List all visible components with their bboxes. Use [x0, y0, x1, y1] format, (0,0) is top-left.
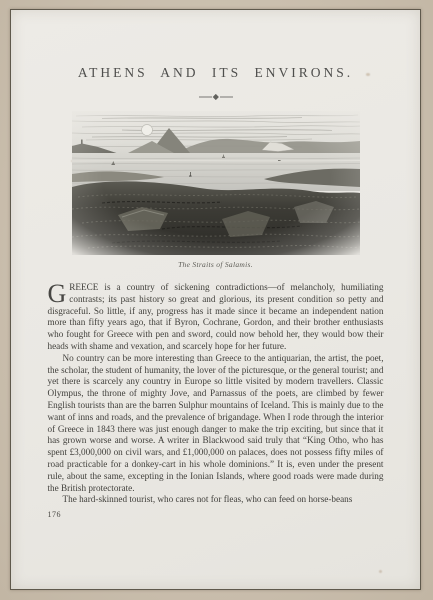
figure-caption: The Straits of Salamis. — [71, 260, 361, 269]
body-text-column: GREECE is a country of sickening contrad… — [48, 282, 384, 521]
scanned-book-page-photo: { "document": { "title": "ATHENS AND ITS… — [0, 0, 433, 600]
foxing-spot — [379, 570, 382, 573]
title-divider-ornament — [199, 94, 233, 100]
drop-cap: G — [48, 282, 70, 305]
book-page: ATHENS AND ITS ENVIRONS. — [10, 9, 421, 590]
paragraph-2: No country can be more interesting than … — [48, 353, 384, 495]
page-number: 176 — [48, 509, 384, 521]
paragraph-3: The hard-skinned tourist, who cares not … — [48, 494, 384, 506]
engraving-landscape — [71, 111, 361, 255]
page-title: ATHENS AND ITS ENVIRONS. — [11, 65, 420, 81]
paragraph-1: GREECE is a country of sickening contrad… — [48, 282, 384, 353]
engraving-vignette-fade — [72, 111, 360, 255]
paragraph-1-text: REECE is a country of sickening contradi… — [48, 282, 384, 351]
figure-straits-of-salamis: The Straits of Salamis. — [71, 111, 361, 269]
